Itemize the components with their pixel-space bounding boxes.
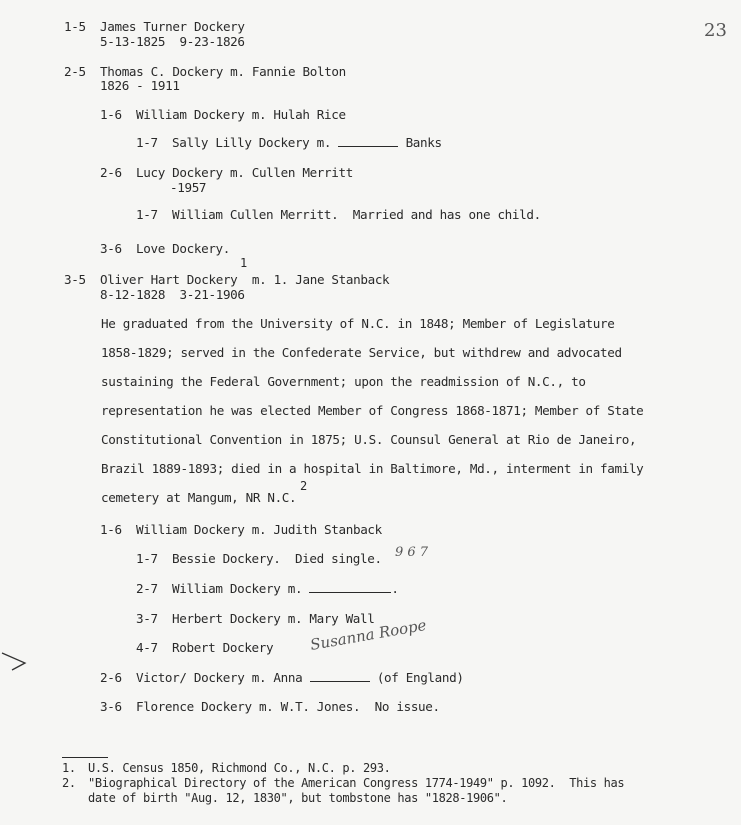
entry-2-6-lucy: 2-6Lucy Dockery m. Cullen Merritt [100, 166, 353, 180]
biography-line: sustaining the Federal Government; upon … [101, 375, 586, 389]
entry-3-5-oliver: 3-5Oliver Hart Dockery m. 1. Jane Stanba… [64, 273, 389, 287]
biography-line: 1858-1829; served in the Confederate Ser… [101, 346, 622, 360]
child-3-6-florence: 3-6Florence Dockery m. W.T. Jones. No is… [100, 700, 440, 714]
biography-line: representation he was elected Member of … [101, 404, 643, 418]
entry-1-6: 1-6William Dockery m. Hulah Rice [100, 108, 346, 122]
footnote-1: 1.U.S. Census 1850, Richmond Co., N.C. p… [62, 761, 390, 775]
child-2-6-victor: 2-6Victor/ Dockery m. Anna (of England) [100, 671, 464, 685]
biography-line: cemetery at Mangum, NR N.C. [101, 491, 296, 505]
child-2-7-william: 2-7William Dockery m. . [136, 582, 399, 596]
footnote-ref-2: 2 [300, 479, 307, 493]
entry-1-5-dates: 5-13-1825 9-23-1826 [100, 35, 245, 49]
child-1-7-bessie: 1-7Bessie Dockery. Died single. [136, 552, 382, 566]
document-page: 23 1-5James Turner Dockery 5-13-1825 9-2… [0, 0, 741, 825]
biography-line: Constitutional Convention in 1875; U.S. … [101, 433, 636, 447]
entry-2-5-dates: 1826 - 1911 [100, 79, 180, 93]
footnote-rule [62, 757, 108, 758]
entry-1-5: 1-5James Turner Dockery [64, 20, 245, 34]
page-number: 23 [704, 20, 727, 41]
biography-line: He graduated from the University of N.C.… [101, 317, 614, 331]
biography-line: Brazil 1889-1893; died in a hospital in … [101, 462, 643, 476]
child-1-6-william: 1-6William Dockery m. Judith Stanback [100, 523, 382, 537]
entry-1-7-sally: 1-7Sally Lilly Dockery m. Banks [136, 136, 442, 150]
footnote-ref-1: 1 [240, 256, 247, 270]
entry-3-5-dates: 8-12-1828 3-21-1906 [100, 288, 245, 302]
child-3-7-herbert: 3-7Herbert Dockery m. Mary Wall [136, 612, 375, 626]
entry-3-6-love: 3-6Love Dockery. [100, 242, 230, 256]
blank-line [338, 136, 398, 147]
entry-2-6-dates: -1957 [170, 181, 206, 195]
handwritten-note: 9 6 7 [395, 545, 428, 560]
footnote-2-continued: date of birth "Aug. 12, 1830", but tombs… [88, 791, 507, 805]
blank-line [309, 582, 391, 593]
entry-2-5: 2-5Thomas C. Dockery m. Fannie Bolton [64, 65, 346, 79]
blank-line [310, 671, 370, 682]
margin-arrow-icon [0, 645, 30, 675]
child-4-7-robert: 4-7Robert Dockery [136, 641, 273, 655]
footnote-2: 2."Biographical Directory of the America… [62, 776, 624, 790]
entry-1-7-william-cullen: 1-7William Cullen Merritt. Married and h… [136, 208, 541, 222]
